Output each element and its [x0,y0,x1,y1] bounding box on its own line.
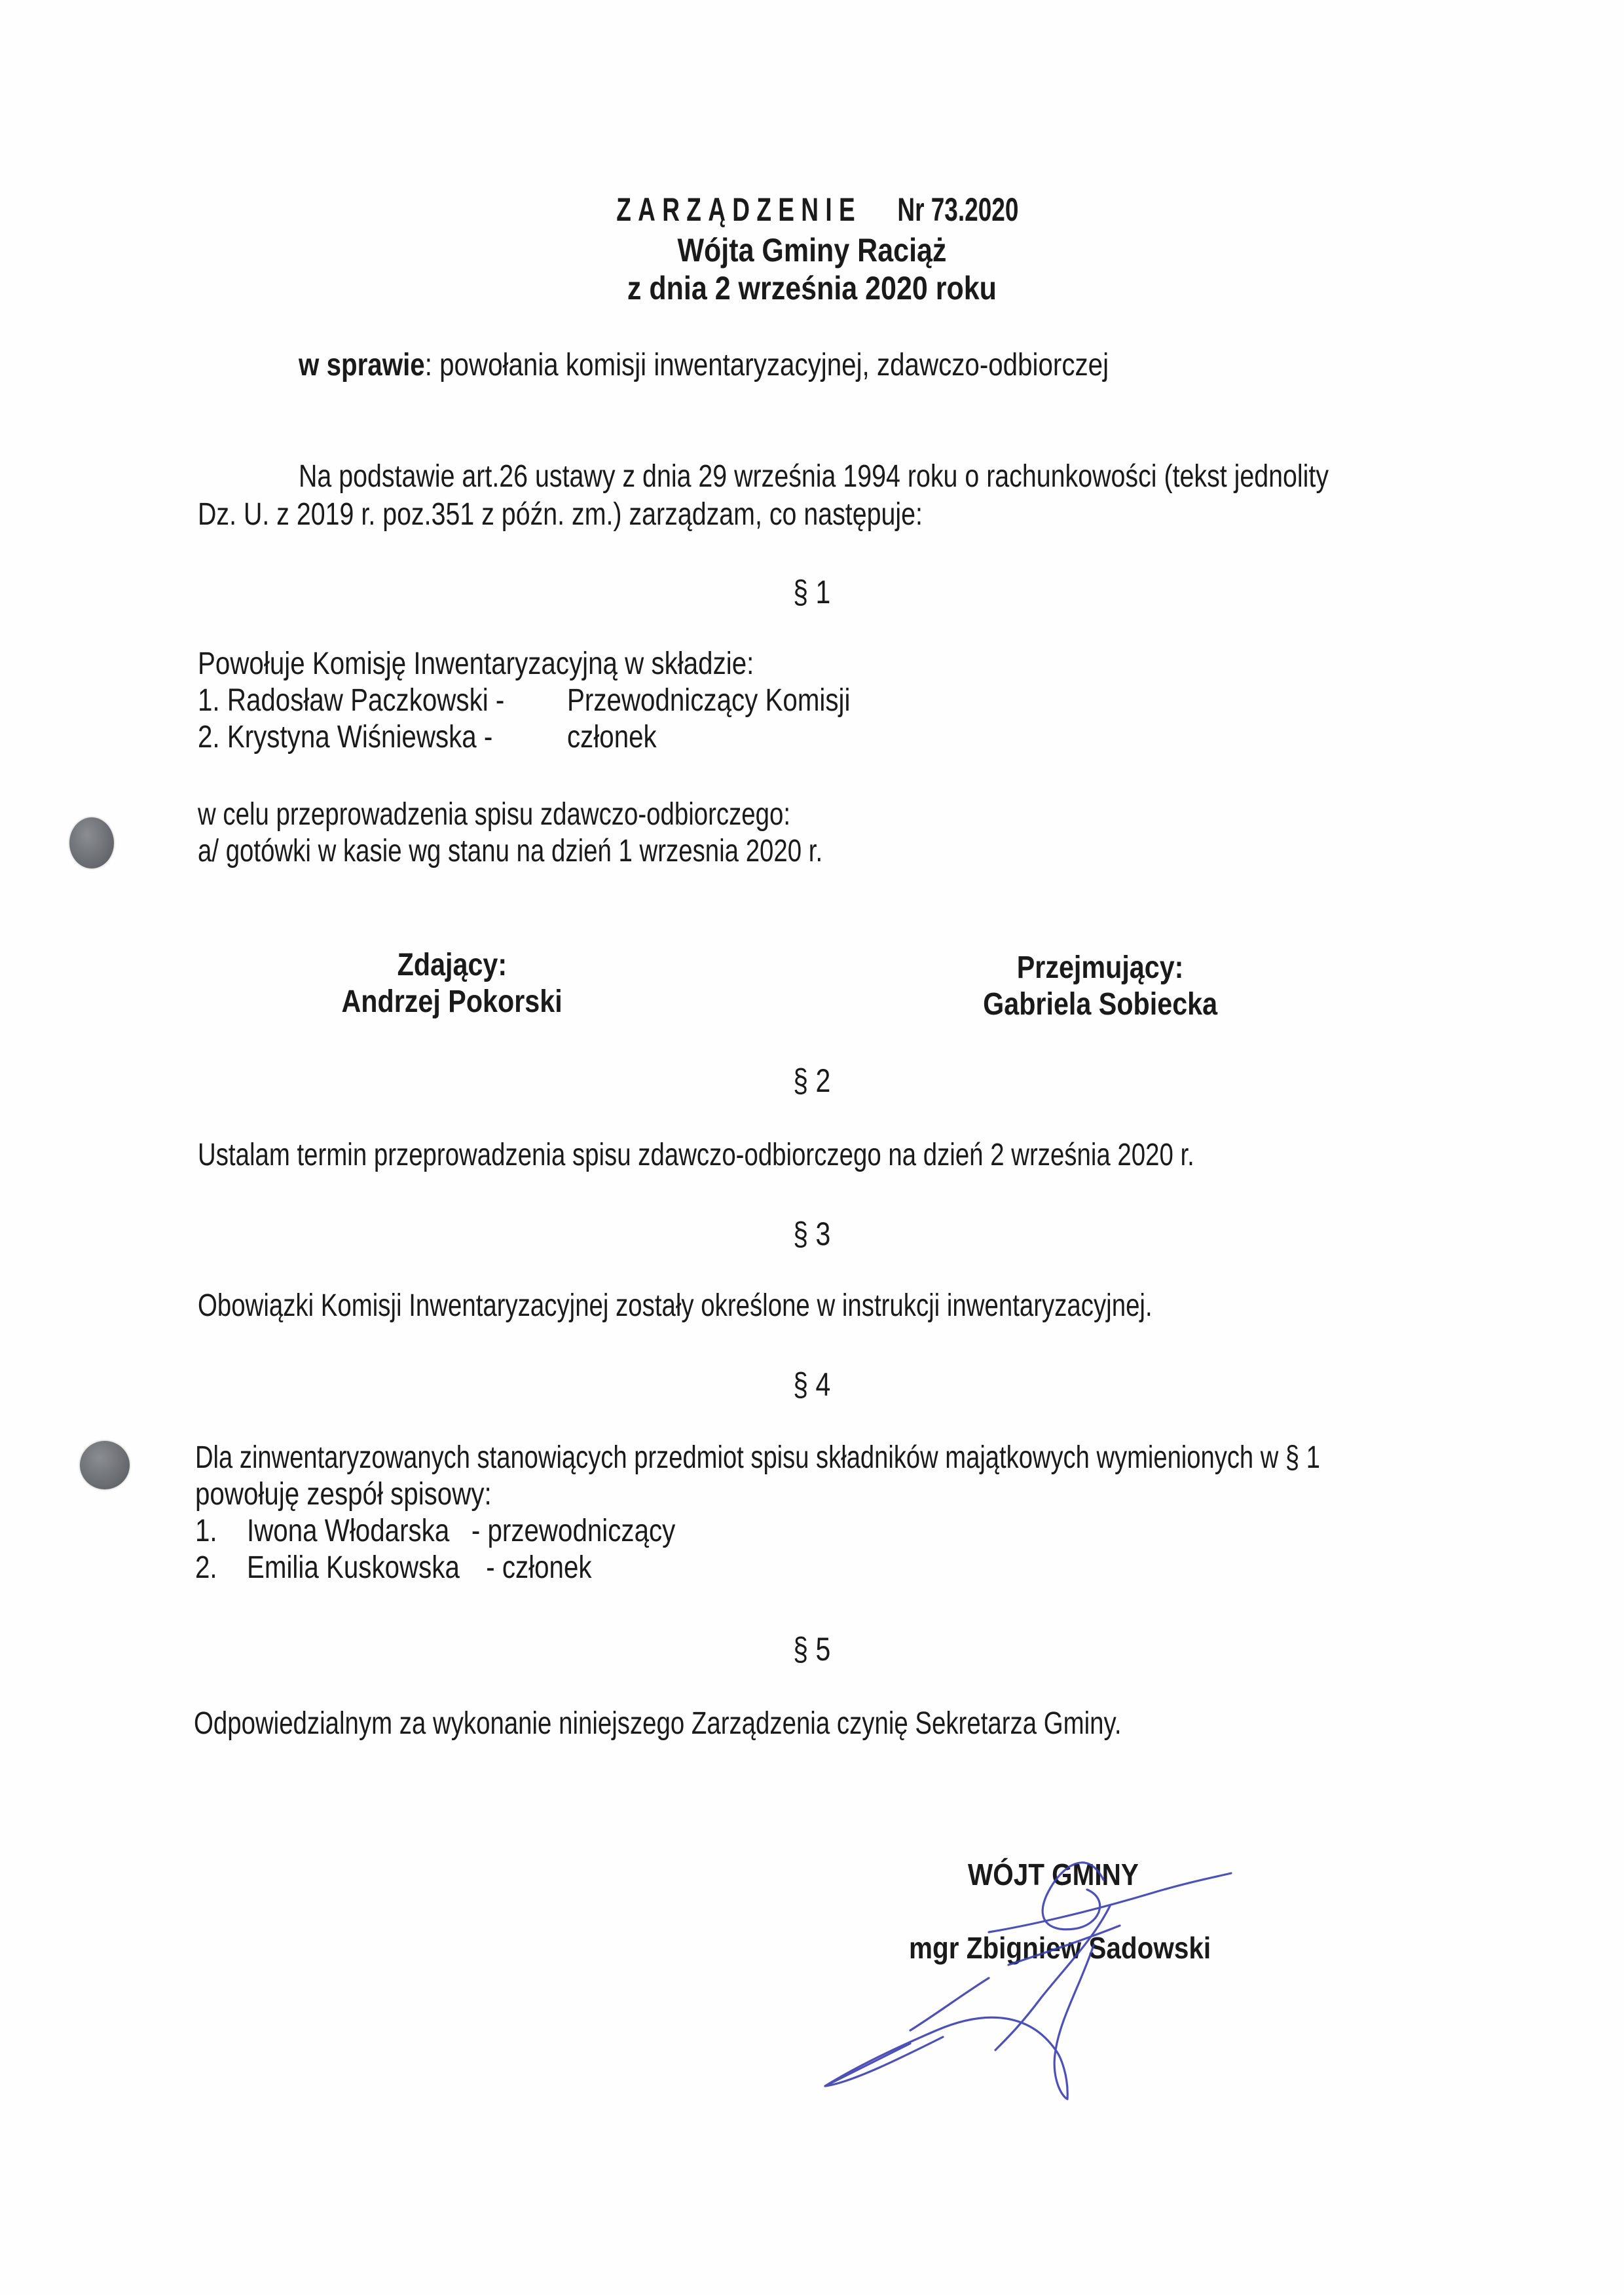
issuer-line: Wójta Gminy Raciąż [0,232,1624,269]
subject-line: w sprawie: powołania komisji inwentaryza… [299,347,1263,384]
subject-label: w sprawie [299,348,425,382]
team-member-1: 1.Iwona Włodarska- przewodniczący [195,1513,767,1550]
document-page: ZARZĄDZENIENr 73.2020 Wójta Gminy Raciąż… [0,0,1624,2295]
giver-block: Zdający: Andrzej Pokorski [314,947,589,1020]
section-2-text: Ustalam termin przeprowadzenia spisu zda… [198,1137,1443,1174]
section-4-line-2: powołuję zespół spisowy: [195,1476,548,1513]
giver-label: Zdający: [397,947,506,984]
team-member-1-role: - przewodniczący [471,1514,675,1548]
date-line: z dnia 2 września 2020 roku [0,270,1624,307]
title-number: Nr 73.2020 [897,191,1018,228]
receiver-name: Gabriela Sobiecka [983,986,1217,1023]
team-member-2-num: 2. [195,1550,217,1585]
section-4-line-1: Dla zinwentaryzowanych stanowiących prze… [195,1440,1610,1476]
purpose-line-1: w celu przeprowadzenia spisu zdawczo-odb… [198,796,938,833]
commission-member-2-role: członek [567,719,674,756]
team-member-1-num: 1. [195,1514,217,1548]
giver-name: Andrzej Pokorski [341,984,562,1020]
commission-member-1-role: Przewodniczący Komisji [567,682,904,719]
commission-member-1-name: 1. Radosław Paczkowski - [198,682,563,719]
preamble-line-2: Dz. U. z 2019 r. poz.351 z późn. zm.) za… [198,496,1082,533]
preamble-line-1: Na podstawie art.26 ustawy z dnia 29 wrz… [299,458,1555,495]
team-member-2-role: - członek [486,1550,591,1585]
section-symbol-4: § 4 [0,1366,1624,1403]
document-title: ZARZĄDZENIENr 73.2020 [0,191,1624,228]
punch-hole-mark [69,817,114,868]
receiver-block: Przejmujący: Gabriela Sobiecka [956,950,1244,1023]
section-symbol-3: § 3 [0,1216,1624,1252]
punch-hole-mark [80,1441,130,1489]
section-5-text: Odpowiedzialnym za wykonanie niniejszego… [194,1706,1354,1742]
team-member-2: 2.Emilia Kuskowska- członek [195,1550,667,1586]
handwritten-signature-icon [812,1854,1244,2102]
commission-member-2-name: 2. Krystyna Wiśniewska - [198,719,549,756]
team-member-1-name: Iwona Włodarska [247,1514,449,1548]
section-symbol-1: § 1 [0,574,1624,610]
section-symbol-5: § 5 [0,1631,1624,1668]
subject-text: : powołania komisji inwentaryzacyjnej, z… [425,348,1109,382]
section-symbol-2: § 2 [0,1062,1624,1099]
team-member-2-name: Emilia Kuskowska [247,1550,460,1585]
section-3-text: Obowiązki Komisji Inwentaryzacyjnej zost… [198,1288,1391,1324]
title-word: ZARZĄDZENIE [616,191,862,228]
purpose-line-2: a/ gotówki w kasie wg stanu na dzień 1 w… [198,833,979,870]
commission-intro: Powołuje Komisję Inwentaryzacyjną w skła… [198,646,860,682]
receiver-label: Przejmujący: [1017,950,1184,986]
